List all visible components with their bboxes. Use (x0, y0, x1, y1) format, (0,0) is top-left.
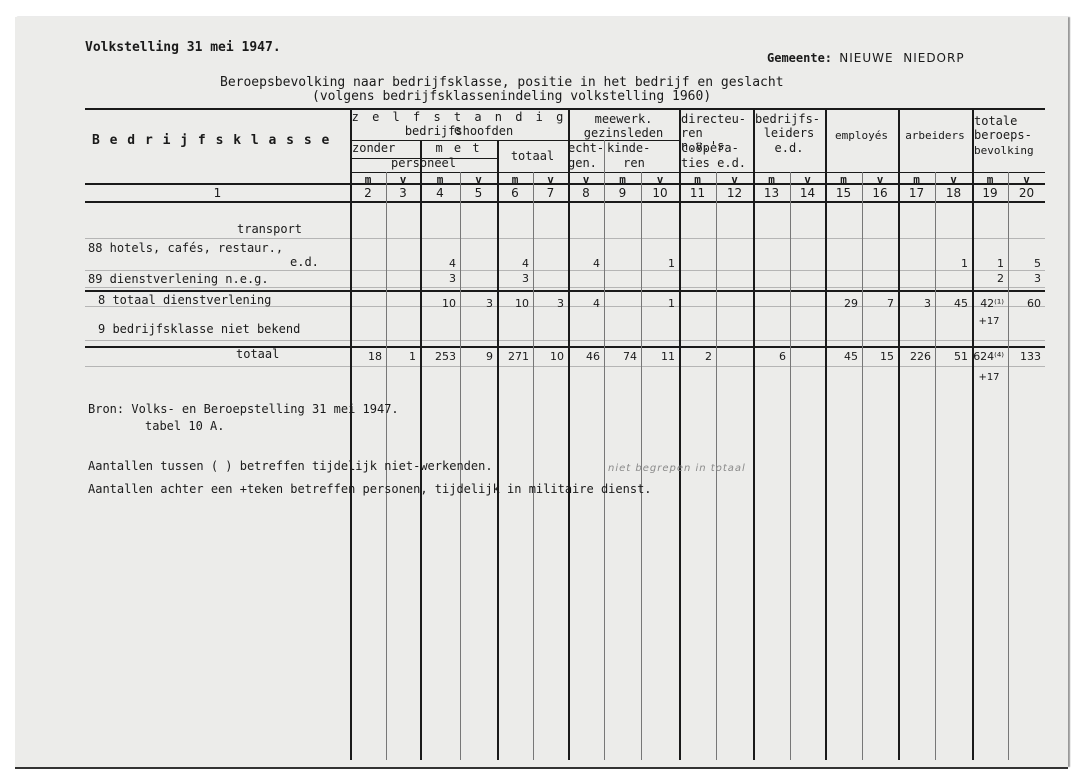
table-subtitle-line1: Beroepsbevolking naar bedrijfsklasse, po… (220, 75, 784, 90)
note-brackets: Aantallen tussen ( ) betreffen tijdelijk… (88, 459, 493, 473)
table-cell: 10 (497, 297, 529, 310)
header-gezinsleden: gezinsleden (568, 127, 679, 140)
column-number: 15 (825, 186, 862, 200)
sex-label: m (604, 173, 641, 186)
table-cell: 4 (420, 257, 456, 270)
table-cell: 1 (386, 350, 416, 363)
sex-label: v (533, 173, 568, 186)
sex-label: v (386, 173, 420, 186)
sex-label: v (862, 173, 898, 186)
stub-header: B e d r i j f s k l a s s e (92, 133, 330, 148)
column-number: 18 (935, 186, 972, 200)
header-totale-1: totale (974, 115, 1045, 128)
subtotal-rule (85, 290, 1045, 292)
table-cell: 74 (604, 350, 637, 363)
header-directeuren-4: ties e.d. (681, 157, 753, 170)
header-totale-3: bevolking (974, 144, 1045, 157)
table-cell: 9 (460, 350, 493, 363)
totaal-rule (85, 346, 1045, 348)
sex-label: m (825, 173, 862, 186)
header-totaal: totaal (497, 150, 568, 163)
sex-label: v (716, 173, 753, 186)
sex-label: v (641, 173, 679, 186)
table-cell: 10 (420, 297, 456, 310)
source-line2: tabel 10 A. (145, 419, 224, 433)
column-number: 14 (790, 186, 825, 200)
table-cell: 4 (568, 297, 600, 310)
header-directeuren-1: directeu- (681, 113, 753, 126)
table-cell: 2 (972, 272, 1004, 285)
table-cell: 624⁽⁴⁾ (972, 350, 1004, 363)
table-subtitle-line2: (volgens bedrijfsklassenindeling volkste… (312, 89, 711, 104)
header-zonder: zonder (352, 142, 420, 155)
table-cell: 29 (825, 297, 858, 310)
table-cell: 46 (568, 350, 600, 363)
row-label-88: 88 hotels, cafés, restaur., (88, 241, 283, 255)
table-cell: 10 (533, 350, 564, 363)
sex-label: m (679, 173, 716, 186)
extra-military-totaal: +17 (972, 372, 1006, 383)
sex-label: v (568, 173, 604, 186)
table-cell: 1 (935, 257, 968, 270)
sex-label: v (460, 173, 497, 186)
gemeente-value: NIEUWE NIEDORP (839, 51, 964, 65)
column-number: 12 (716, 186, 753, 200)
column-number: 20 (1008, 186, 1045, 200)
sex-label: m (350, 173, 386, 186)
extra-military-row8: +17 (972, 316, 1006, 327)
column-number: 5 (460, 186, 497, 200)
table-cell: 4 (568, 257, 600, 270)
header-bedrijfsleiders-1: bedrijfs- (755, 113, 825, 126)
row-label-transport: transport (237, 222, 302, 236)
sex-label: m (972, 173, 1008, 186)
table-cell: 42⁽¹⁾ (972, 297, 1004, 310)
header-directeuren-3: coöpera- (681, 142, 753, 155)
column-number: 7 (533, 186, 568, 200)
column-number: 8 (568, 186, 604, 200)
column-number: 17 (898, 186, 935, 200)
stamp-niet-begrepen: niet begrepen in totaal (608, 463, 746, 474)
table-cell: 1 (972, 257, 1004, 270)
column-number: 16 (862, 186, 898, 200)
table-cell: 3 (460, 297, 493, 310)
header-echtgen-2: gen. (568, 157, 604, 170)
table-cell: 2 (679, 350, 712, 363)
header-totale-2: beroeps- (974, 129, 1045, 142)
colnum-rule (85, 201, 1045, 203)
table-cell: 15 (862, 350, 894, 363)
table-cell: 4 (497, 257, 529, 270)
table-cell: 5 (1008, 257, 1041, 270)
header-arbeiders: arbeiders (898, 129, 972, 142)
table-cell: 6 (753, 350, 786, 363)
column-number: 9 (604, 186, 641, 200)
header-kinderen-2: ren (604, 157, 664, 170)
row-label-88-cont: e.d. (290, 255, 319, 269)
table-cell: 3 (898, 297, 931, 310)
sex-label: m (420, 173, 460, 186)
sex-label: m (753, 173, 790, 186)
row-label-totaal: totaal (236, 347, 279, 361)
column-number: 13 (753, 186, 790, 200)
table-cell: 60 (1008, 297, 1041, 310)
table-cell: 3 (1008, 272, 1041, 285)
gemeente: Gemeente: NIEUWE NIEDORP (767, 51, 965, 65)
header-meewerk: meewerk. (568, 113, 679, 126)
table-cell: 3 (497, 272, 529, 285)
table-cell: 3 (420, 272, 456, 285)
sex-label: m (497, 173, 533, 186)
table-cell: 7 (862, 297, 894, 310)
table-cell: 133 (1008, 350, 1041, 363)
column-number: 10 (641, 186, 679, 200)
sex-label: v (1008, 173, 1045, 186)
header-employes: employés (825, 129, 898, 142)
sex-label: m (898, 173, 935, 186)
table-cell: 253 (420, 350, 456, 363)
table-cell: 51 (935, 350, 968, 363)
header-personeel: personeel (350, 157, 497, 170)
table-cell: 271 (497, 350, 529, 363)
header-kinderen-1: kinde- (604, 142, 682, 155)
document-title: Volkstelling 31 mei 1947. (85, 40, 281, 55)
table-cell: 11 (641, 350, 675, 363)
table-cell: 3 (533, 297, 564, 310)
header-met: m e t (420, 142, 497, 155)
column-number: 19 (972, 186, 1008, 200)
table-cell: 226 (898, 350, 931, 363)
sex-label: v (935, 173, 972, 186)
table-cell: 1 (641, 257, 675, 270)
column-number: 6 (497, 186, 533, 200)
header-bedrijfshoofden: bedrijfshoofden (350, 125, 568, 138)
sex-label: v (790, 173, 825, 186)
row-label-89: 89 dienstverlening n.e.g. (88, 272, 269, 286)
table-cell: 18 (350, 350, 382, 363)
source-line1: Bron: Volks- en Beroepstelling 31 mei 19… (88, 402, 399, 416)
note-plus-sign: Aantallen achter een +teken betreffen pe… (88, 482, 652, 496)
header-bedrijfsleiders-2: leiders (753, 127, 825, 140)
header-bedrijfsleiders-3: e.d. (753, 142, 825, 155)
table-cell: 45 (935, 297, 968, 310)
gemeente-label: Gemeente: (767, 51, 832, 65)
column-number: 11 (679, 186, 716, 200)
column-number: 2 (350, 186, 386, 200)
column-number: 4 (420, 186, 460, 200)
column-number: 1 (85, 186, 350, 200)
row-label-9: 9 bedrijfsklasse niet bekend (98, 322, 300, 336)
row-label-8: 8 totaal dienstverlening (98, 293, 271, 307)
header-echtgen-1: echt- (568, 142, 604, 155)
table-cell: 1 (641, 297, 675, 310)
table-cell: 45 (825, 350, 858, 363)
column-number: 3 (386, 186, 420, 200)
